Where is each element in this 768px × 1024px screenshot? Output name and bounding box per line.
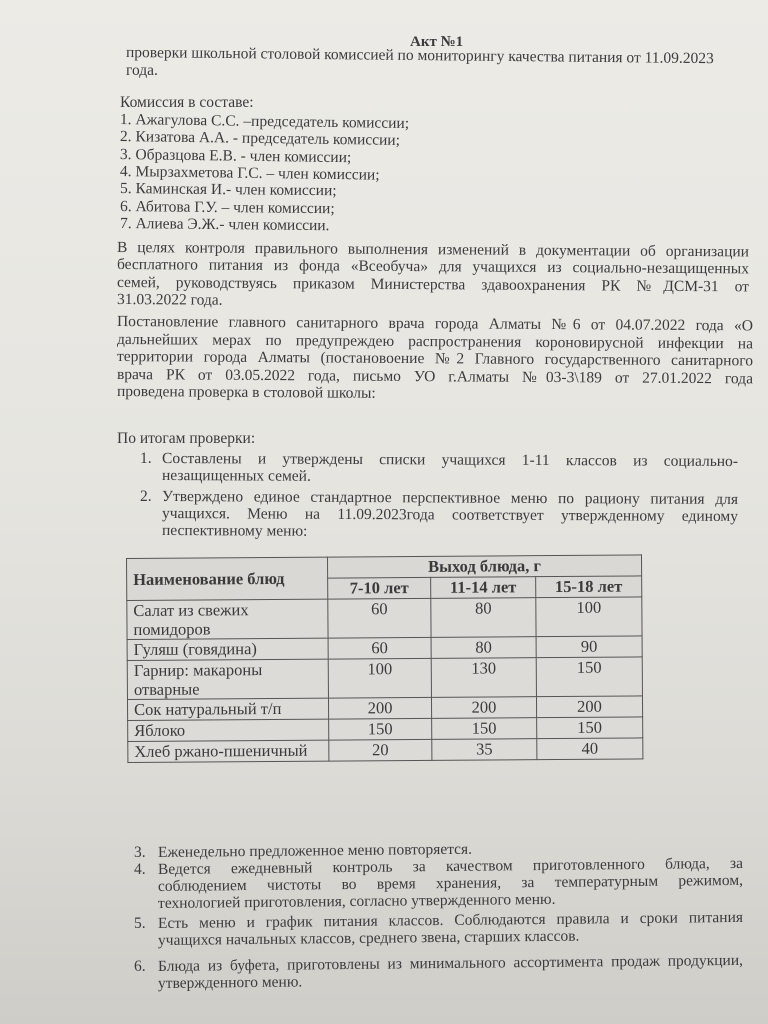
age-header: 7-10 лет xyxy=(328,577,431,599)
purpose-line: 31.03.2022 года. xyxy=(117,291,223,309)
portion-value: 200 xyxy=(431,697,536,719)
portion-value: 200 xyxy=(536,696,642,718)
age-header: 15-18 лет xyxy=(536,576,642,598)
dish-name: Гуляш (говядина) xyxy=(127,638,328,660)
list-number: 2. xyxy=(140,488,152,505)
list-item-line: учащихся начальных классов, среднего зве… xyxy=(158,928,580,949)
portion-value: 60 xyxy=(328,598,431,638)
table-row: Салат из свежих помидоров6080100 xyxy=(127,597,642,640)
list-number: 4. xyxy=(134,861,146,878)
dish-name: Яблоко xyxy=(128,719,329,741)
commission-member: 5. Каминская И.- член комиссии; xyxy=(120,180,337,199)
document-page: Акт №1 проверки школьной столовой комисс… xyxy=(0,0,768,1024)
table-row: Хлеб ржано-пшеничный203540 xyxy=(128,738,643,763)
commission-member: 6. Абитова Г.У. – член комиссии; xyxy=(120,198,335,217)
dish-name-header: Наименование блюд xyxy=(127,557,328,600)
portion-value: 130 xyxy=(431,658,536,698)
portion-group-header: Выход блюда, г xyxy=(327,555,641,578)
intro-line-2: года. xyxy=(126,62,158,79)
portion-value: 100 xyxy=(328,658,431,698)
list-item-line: утвержденного меню. xyxy=(158,973,302,992)
portion-value: 35 xyxy=(432,739,537,761)
list-item-line: технологией приготовления, согласно утве… xyxy=(158,891,556,912)
portion-value: 200 xyxy=(328,697,431,719)
portion-value: 20 xyxy=(329,739,432,761)
portion-value: 150 xyxy=(537,717,643,739)
resolution-line: проведена проверка в столовой школы: xyxy=(117,383,376,402)
portion-value: 80 xyxy=(431,598,536,638)
dish-name: Салат из свежих помидоров xyxy=(127,599,328,639)
menu-table: Наименование блюд Выход блюда, г 7-10 ле… xyxy=(126,554,643,763)
table-row: Гарнир: макароны отварные100130150 xyxy=(127,657,642,700)
portion-value: 80 xyxy=(431,637,536,659)
dish-name: Хлеб ржано-пшеничный xyxy=(128,740,329,762)
results-heading: По итогам проверки: xyxy=(117,430,255,447)
dish-name: Сок натуральный т/п xyxy=(127,698,328,720)
menu-table-body: Салат из свежих помидоров6080100Гуляш (г… xyxy=(127,597,643,763)
list-number: 3. xyxy=(134,844,146,861)
intro-line-1: проверки школьной столовой комиссией по … xyxy=(126,44,714,67)
commission-heading: Комиссия в составе: xyxy=(120,94,254,111)
portion-value: 150 xyxy=(432,718,537,740)
list-item-line: незащищенных семей. xyxy=(162,467,311,485)
dish-name: Гарнир: макароны отварные xyxy=(127,659,328,699)
list-item-line: песпективному меню: xyxy=(162,522,307,540)
portion-value: 150 xyxy=(536,657,642,697)
portion-value: 40 xyxy=(537,738,643,760)
portion-value: 150 xyxy=(329,718,432,740)
list-number: 1. xyxy=(140,450,152,467)
list-number: 6. xyxy=(134,958,146,975)
age-header: 11-14 лет xyxy=(431,577,536,599)
list-number: 5. xyxy=(134,915,146,932)
commission-member: 7. Алиева Э.Ж.- член комиссии. xyxy=(120,215,330,234)
portion-value: 100 xyxy=(536,597,642,637)
portion-value: 60 xyxy=(328,637,431,659)
portion-value: 90 xyxy=(536,636,642,658)
list-item-line: Блюда из буфета, приготовлены из минимал… xyxy=(158,952,743,975)
